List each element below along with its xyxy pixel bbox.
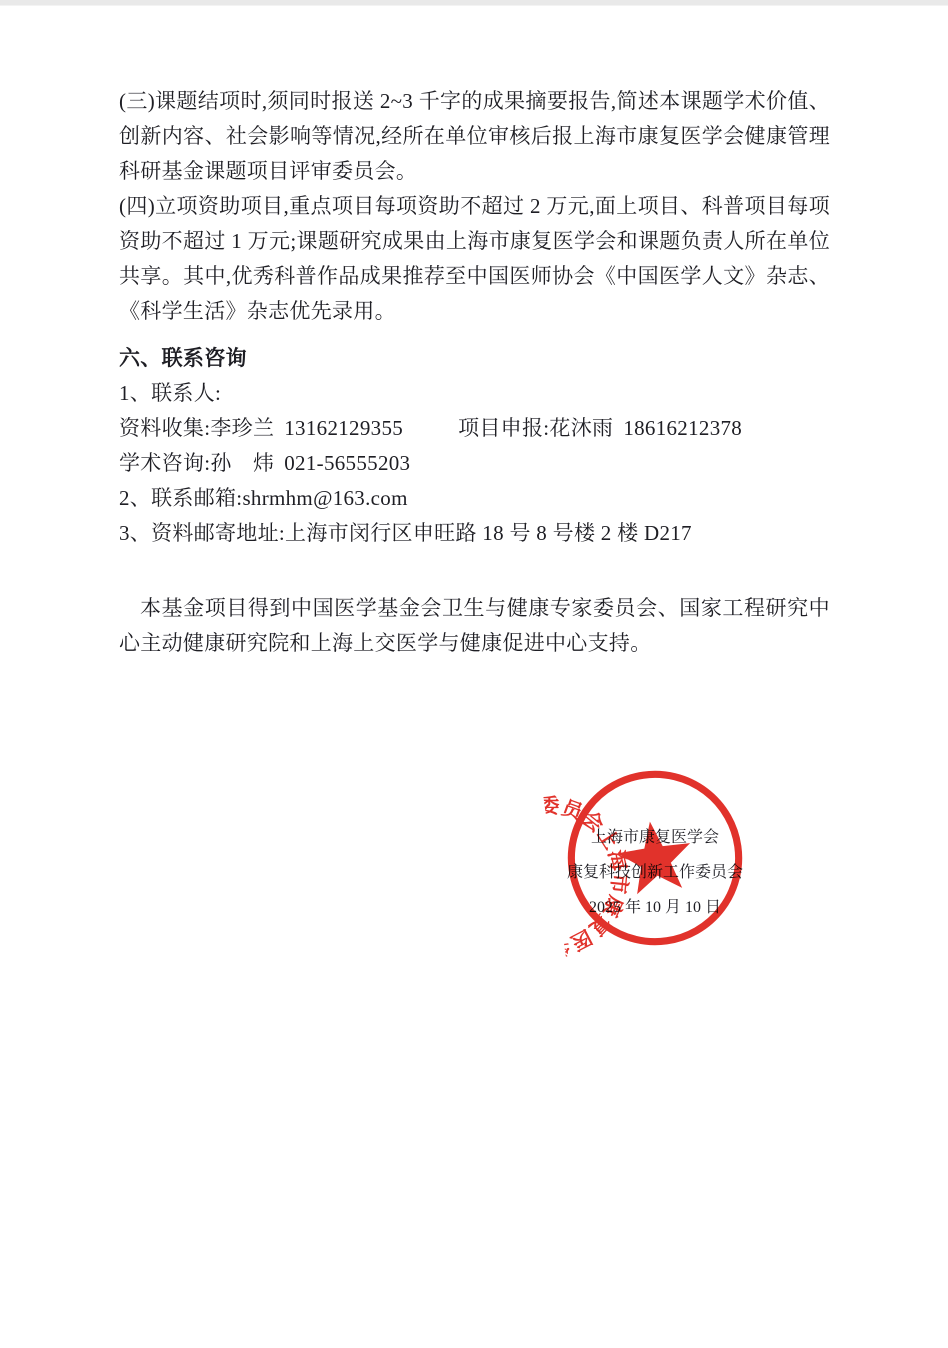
- signature-org-name: 上海市康复医学会: [455, 820, 855, 855]
- email-label: 2、联系邮箱:: [119, 486, 242, 510]
- academic-consult-phone: 021-56555203: [284, 451, 410, 475]
- data-collection-phone: 13162129355: [284, 416, 403, 440]
- academic-consult-name: 孙 炜: [210, 451, 274, 475]
- project-application-phone: 18616212378: [623, 416, 742, 440]
- project-application-name: 花沐雨: [549, 416, 613, 440]
- academic-consult-label: 学术咨询:: [119, 451, 210, 475]
- paragraph-item-3: (三)课题结项时,须同时报送 2~3 千字的成果摘要报告,简述本课题学术价值、创…: [119, 84, 830, 189]
- signature-committee-name: 康复科技创新工作委员会: [455, 855, 855, 890]
- data-collection-label: 资料收集:: [119, 416, 210, 440]
- signature-date: 2025 年 10 月 10 日: [455, 890, 855, 925]
- signature-block: 上海市康复医学会 康复科技创新工作委员会 2025 年 10 月 10 日: [455, 820, 855, 925]
- closing-paragraph: 本基金项目得到中国医学基金会卫生与健康专家委员会、国家工程研究中心主动健康研究院…: [119, 591, 830, 661]
- document-page: (三)课题结项时,须同时报送 2~3 千字的成果摘要报告,简述本课题学术价值、创…: [0, 6, 948, 661]
- email-address: shrmhm@163.com: [242, 486, 407, 510]
- contact-persons-label: 1、联系人:: [119, 376, 830, 411]
- paragraph-item-4: (四)立项资助项目,重点项目每项资助不超过 2 万元,面上项目、科普项目每项资助…: [119, 189, 830, 329]
- contact-email-line: 2、联系邮箱:shrmhm@163.com: [119, 481, 830, 516]
- contact-address-line: 3、资料邮寄地址:上海市闵行区申旺路 18 号 8 号楼 2 楼 D217: [119, 516, 830, 551]
- contact-row-collection-application: 资料收集:李珍兰13162129355项目申报:花沐雨18616212378: [119, 411, 830, 446]
- contact-row-academic: 学术咨询:孙 炜021-56555203: [119, 446, 830, 481]
- section-heading-contact: 六、联系咨询: [119, 341, 830, 376]
- data-collection-name: 李珍兰: [210, 416, 274, 440]
- mail-address-value: 上海市闵行区申旺路 18 号 8 号楼 2 楼 D217: [285, 521, 692, 545]
- project-application-label: 项目申报:: [458, 416, 549, 440]
- mail-address-label: 3、资料邮寄地址:: [119, 521, 285, 545]
